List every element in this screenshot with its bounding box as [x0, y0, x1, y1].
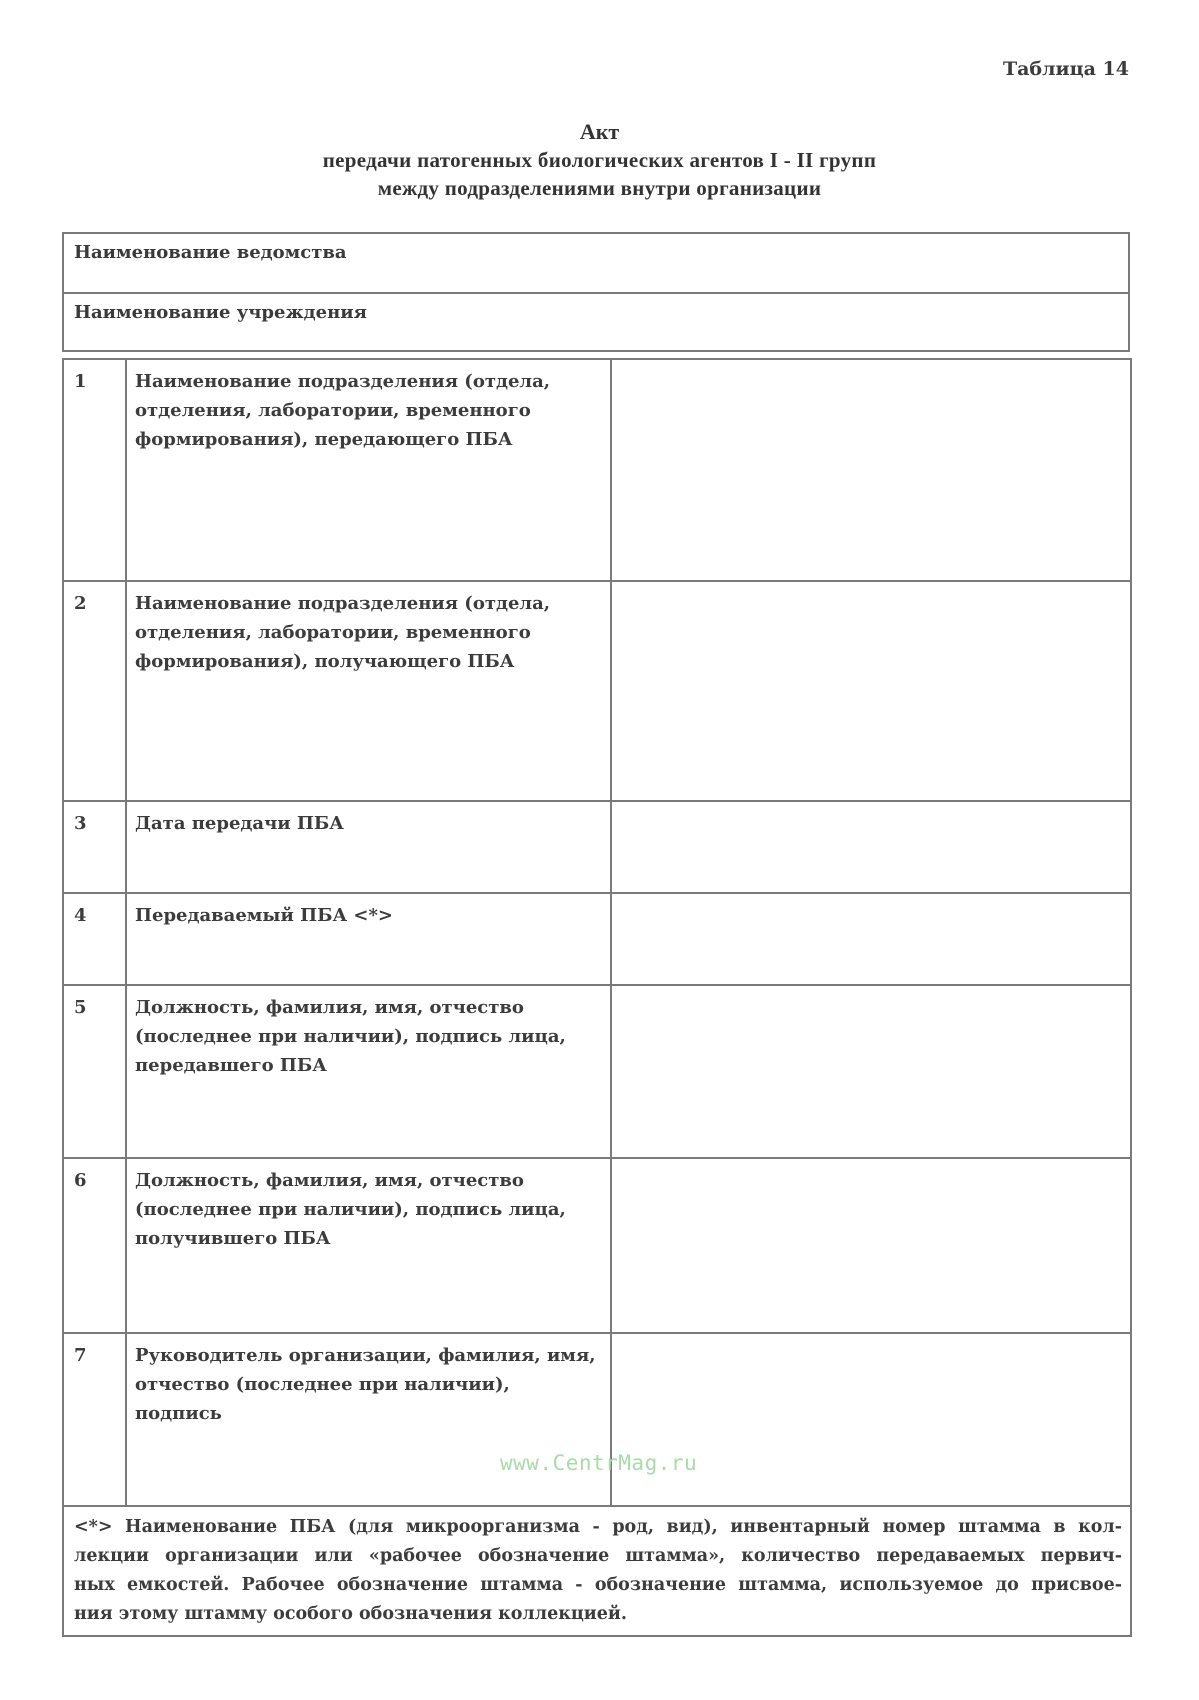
table-row: 3 Дата передачи ПБА: [63, 801, 1131, 893]
document-title: Акт передачи патогенных биологических аг…: [0, 118, 1199, 202]
table-row: 1 Наименование подразделения (отдела, от…: [63, 359, 1131, 581]
row-value-field[interactable]: [611, 1333, 1131, 1506]
title-line-1: Акт: [0, 118, 1199, 146]
row-number: 6: [63, 1158, 126, 1333]
footnote-line: ных емкостей. Рабочее обозначение штамма…: [74, 1571, 1122, 1600]
row-number: 2: [63, 581, 126, 801]
header-table: Наименование ведомства Наименование учре…: [62, 232, 1130, 352]
row-value-field[interactable]: [611, 893, 1131, 985]
row-number: 3: [63, 801, 126, 893]
row-number: 4: [63, 893, 126, 985]
footnote-line: ния этому штамму особого обозначения кол…: [74, 1600, 1122, 1629]
row-label: Должность, фамилия, имя, отчество (после…: [126, 985, 611, 1158]
footnote-line: лекции организации или «рабочее обозначе…: [74, 1542, 1122, 1571]
row-label: Передаваемый ПБА <*>: [126, 893, 611, 985]
row-value-field[interactable]: [611, 801, 1131, 893]
table-row: 2 Наименование подразделения (отдела, от…: [63, 581, 1131, 801]
table-row: 5 Должность, фамилия, имя, отчество (пос…: [63, 985, 1131, 1158]
table-row: 7 Руководитель организации, фамилия, имя…: [63, 1333, 1131, 1506]
row-value-field[interactable]: [611, 359, 1131, 581]
row-label: Руководитель организации, фамилия, имя, …: [126, 1333, 611, 1506]
row-value-field[interactable]: [611, 581, 1131, 801]
footnote-row: <*> Наименование ПБА (для микроорганизма…: [63, 1506, 1131, 1636]
title-line-3: между подразделениями внутри организации: [0, 174, 1199, 202]
row-value-field[interactable]: [611, 1158, 1131, 1333]
header-row-label: Наименование ведомства: [74, 242, 347, 263]
row-number: 7: [63, 1333, 126, 1506]
footnote: <*> Наименование ПБА (для микроорганизма…: [63, 1506, 1131, 1636]
row-number: 5: [63, 985, 126, 1158]
row-number: 1: [63, 359, 126, 581]
header-row-agency[interactable]: Наименование ведомства: [64, 234, 1128, 292]
table-row: 4 Передаваемый ПБА <*>: [63, 893, 1131, 985]
table-row: 6 Должность, фамилия, имя, отчество (пос…: [63, 1158, 1131, 1333]
row-label: Должность, фамилия, имя, отчество (после…: [126, 1158, 611, 1333]
footnote-line: <*> Наименование ПБА (для микроорганизма…: [74, 1513, 1122, 1542]
row-label: Наименование подразделения (отдела, отде…: [126, 359, 611, 581]
title-line-2: передачи патогенных биологических агенто…: [0, 146, 1199, 174]
row-label: Наименование подразделения (отдела, отде…: [126, 581, 611, 801]
header-row-institution[interactable]: Наименование учреждения: [64, 292, 1128, 350]
row-value-field[interactable]: [611, 985, 1131, 1158]
row-label: Дата передачи ПБА: [126, 801, 611, 893]
transfer-act-table: 1 Наименование подразделения (отдела, от…: [62, 358, 1132, 1637]
header-row-label: Наименование учреждения: [74, 302, 367, 323]
table-number: Таблица 14: [1003, 58, 1129, 80]
